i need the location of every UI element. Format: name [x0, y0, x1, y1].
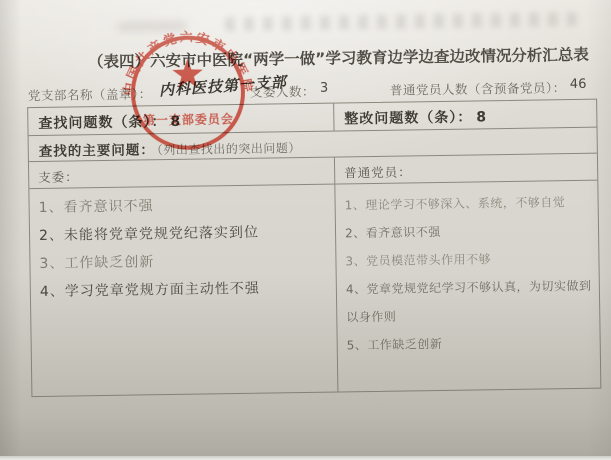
paper-bottom-edge: [0, 456, 611, 460]
photographed-document: （表四）六安市中医院“两学一做”学习教育边学边查边改情况分析汇总表 党支部名称（…: [0, 0, 611, 460]
bleed-through-marks: [225, 12, 577, 31]
list-item: 3、工作缺乏创新: [39, 246, 329, 278]
list-item: 1、理论学习不够深入、系统，不够自觉: [344, 188, 591, 220]
list-item: 4、党章党规党纪学习不够认真，为切实做到以身作则: [346, 272, 594, 332]
member-problems-cell: 1、理论学习不够深入、系统，不够自觉 2、看齐意识不强 3、党员模范带头作用不够…: [335, 181, 600, 392]
rectified-problems-value: 8: [476, 109, 487, 125]
document-content: （表四）六安市中医院“两学一做”学习教育边学边查边改情况分析汇总表 党支部名称（…: [0, 0, 611, 460]
members-header-cell: 普通党员：: [335, 154, 597, 184]
member-problems-list: 1、理论学习不够深入、系统，不够自觉 2、看齐意识不强 3、党员模范带头作用不够…: [335, 181, 600, 360]
problem-lists-row: 1、看齐意识不强 2、未能将党章党规党纪落实到位 3、工作缺乏创新 4、学习党章…: [29, 181, 600, 396]
list-item: 2、看齐意识不强: [345, 216, 592, 248]
red-party-branch-stamp: 中国共产党六安市中医院 第一支部委员会: [112, 17, 264, 169]
list-item: 2、未能将党章党规党纪落实到位: [39, 218, 329, 250]
committee-problems-cell: 1、看齐意识不强 2、未能将党章党规党纪落实到位 3、工作缺乏创新 4、学习党章…: [29, 185, 338, 397]
members-count-value: 46: [570, 77, 587, 92]
star-icon: [172, 59, 203, 88]
stamp-bottom-text: 第一支部委员会: [143, 111, 234, 127]
members-count-label: 普通党员人数（含预备党员）：: [390, 78, 566, 99]
committee-count-value: 3: [320, 81, 329, 96]
rectified-problems-label: 整改问题数（条）：: [344, 110, 472, 128]
list-item: 4、学习党章党规方面主动性不强: [40, 274, 330, 306]
committee-problems-list: 1、看齐意识不强 2、未能将党章党规党纪落实到位 3、工作缺乏创新 4、学习党章…: [29, 185, 336, 307]
rectified-problems-cell: 整改问题数（条）：8: [334, 100, 596, 131]
list-item: 3、党员模范带头作用不够: [345, 244, 592, 276]
list-item: 5、工作缺乏创新: [347, 328, 594, 360]
list-item: 1、看齐意识不强: [38, 190, 328, 222]
